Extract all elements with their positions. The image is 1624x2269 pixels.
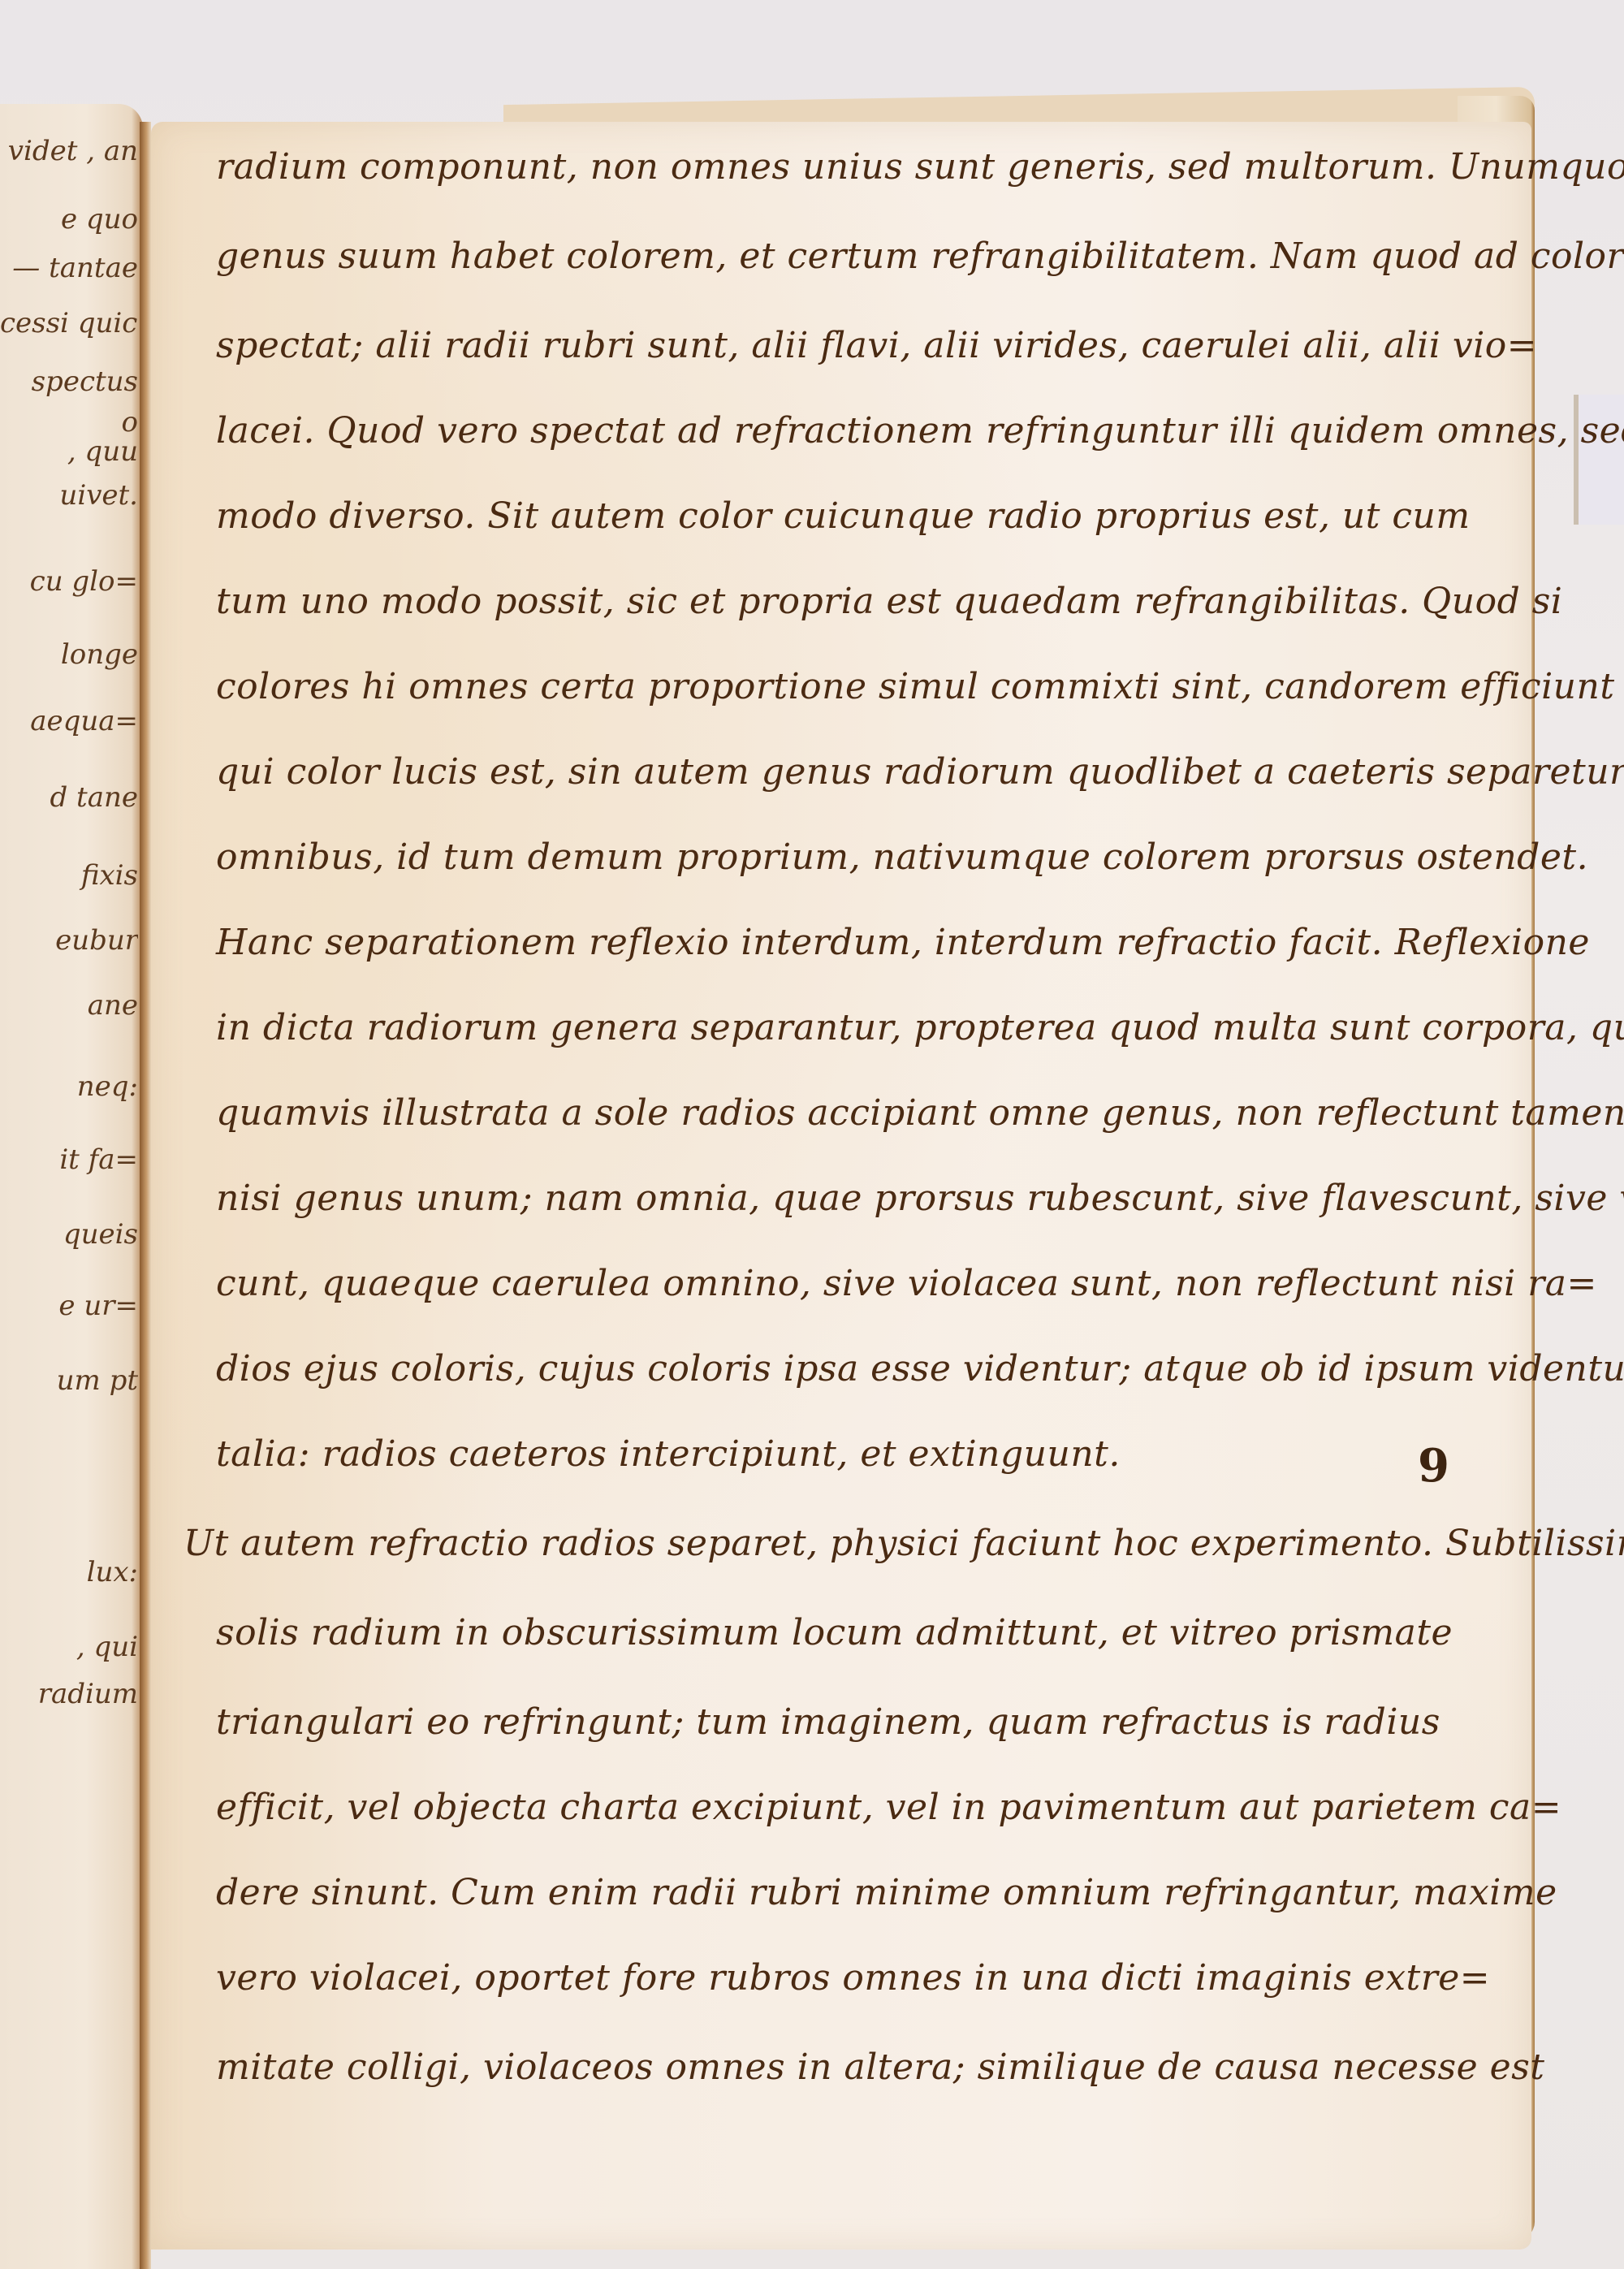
text-line: in dicta radiorum genera separantur, pro… bbox=[216, 1007, 1624, 1048]
left-margin-text: longe bbox=[0, 638, 138, 671]
text-line: Ut autem refractio radios separet, physi… bbox=[184, 1523, 1624, 1564]
text-line: vero violacei, oportet fore rubros omnes… bbox=[216, 1957, 1490, 1999]
left-margin-text: uivet. bbox=[0, 479, 138, 512]
left-margin-text: queis bbox=[0, 1218, 138, 1251]
text-line: Hanc separationem reflexio interdum, int… bbox=[216, 922, 1590, 963]
left-margin-text: radium bbox=[0, 1678, 138, 1710]
left-margin-text: um pt bbox=[0, 1364, 138, 1397]
page-number: 9 bbox=[1418, 1439, 1449, 1493]
left-margin-text: lux: bbox=[0, 1556, 138, 1588]
left-margin-text: e quo bbox=[0, 203, 138, 236]
left-margin-text: eubur bbox=[0, 924, 138, 957]
text-line: omnibus, id tum demum proprium, nativumq… bbox=[216, 836, 1588, 878]
left-margin-text: e ur= bbox=[0, 1290, 138, 1322]
text-line: genus suum habet colorem, et certum refr… bbox=[216, 236, 1624, 277]
text-line: solis radium in obscurissimum locum admi… bbox=[216, 1612, 1453, 1653]
text-line: colores hi omnes certa proportione simul… bbox=[216, 666, 1615, 707]
left-margin-text: videt , an bbox=[0, 135, 138, 167]
left-margin-text: it fa= bbox=[0, 1143, 138, 1176]
text-line: tum uno modo possit, sic et propria est … bbox=[216, 581, 1562, 622]
left-margin-text: ane bbox=[0, 989, 138, 1022]
text-line: quamvis illustrata a sole radios accipia… bbox=[216, 1092, 1624, 1134]
manuscript-page: radium componunt, non omnes unius sunt g… bbox=[151, 122, 1531, 2250]
text-line: modo diverso. Sit autem color cuicunque … bbox=[216, 495, 1471, 537]
left-margin-text: aequa= bbox=[0, 705, 138, 737]
text-line: spectat; alii radii rubri sunt, alii fla… bbox=[216, 325, 1537, 366]
left-facing-page: videt , an e quo — tantae cessi quic= sp… bbox=[0, 104, 143, 2269]
left-margin-text: fixis bbox=[0, 859, 138, 892]
text-line: talia: radios caeteros intercipiunt, et … bbox=[216, 1433, 1121, 1475]
text-line: cunt, quaeque caerulea omnino, sive viol… bbox=[216, 1263, 1597, 1304]
text-line: nisi genus unum; nam omnia, quae prorsus… bbox=[216, 1178, 1624, 1219]
left-margin-text: , quu bbox=[0, 435, 138, 468]
text-line: qui color lucis est, sin autem genus rad… bbox=[216, 751, 1624, 793]
text-line: radium componunt, non omnes unius sunt g… bbox=[216, 146, 1624, 188]
left-margin-text: , qui bbox=[0, 1631, 138, 1663]
text-line: triangulari eo refringunt; tum imaginem,… bbox=[216, 1701, 1440, 1743]
text-line: efficit, vel objecta charta excipiunt, v… bbox=[216, 1787, 1561, 1828]
left-margin-text: spectus bbox=[0, 365, 138, 398]
left-margin-text: neq: bbox=[0, 1070, 138, 1103]
book-gutter bbox=[140, 122, 151, 2269]
left-margin-text: d tane bbox=[0, 781, 138, 814]
left-margin-text: — tantae bbox=[0, 252, 138, 284]
left-margin-text: cu glo= bbox=[0, 565, 138, 598]
left-margin-text: o bbox=[0, 406, 138, 439]
text-line: dere sinunt. Cum enim radii rubri minime… bbox=[216, 1872, 1557, 1913]
text-line: dios ejus coloris, cujus coloris ipsa es… bbox=[216, 1348, 1624, 1389]
text-line: mitate colligi, violaceos omnes in alter… bbox=[216, 2046, 1544, 2088]
text-line: lacei. Quod vero spectat ad refractionem… bbox=[216, 410, 1624, 452]
left-margin-text: cessi quic= bbox=[0, 307, 138, 339]
